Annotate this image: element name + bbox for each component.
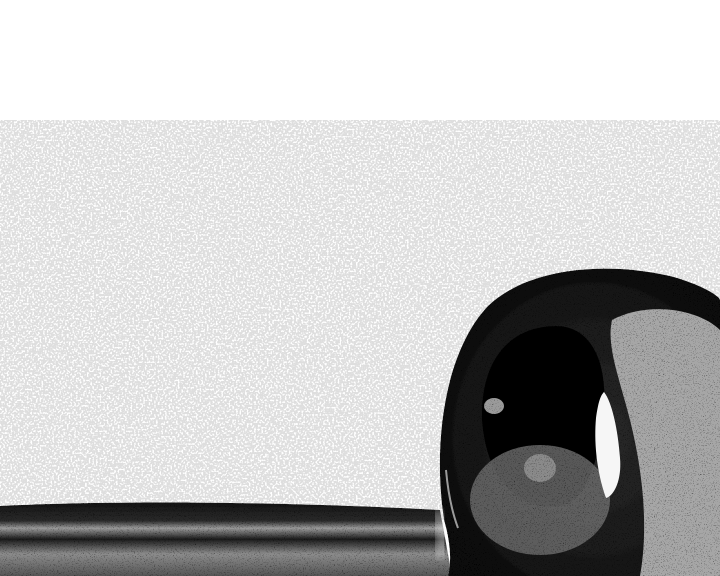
surface-ledge [0, 503, 452, 576]
loop-object [440, 269, 720, 576]
photo-scene [0, 0, 720, 576]
